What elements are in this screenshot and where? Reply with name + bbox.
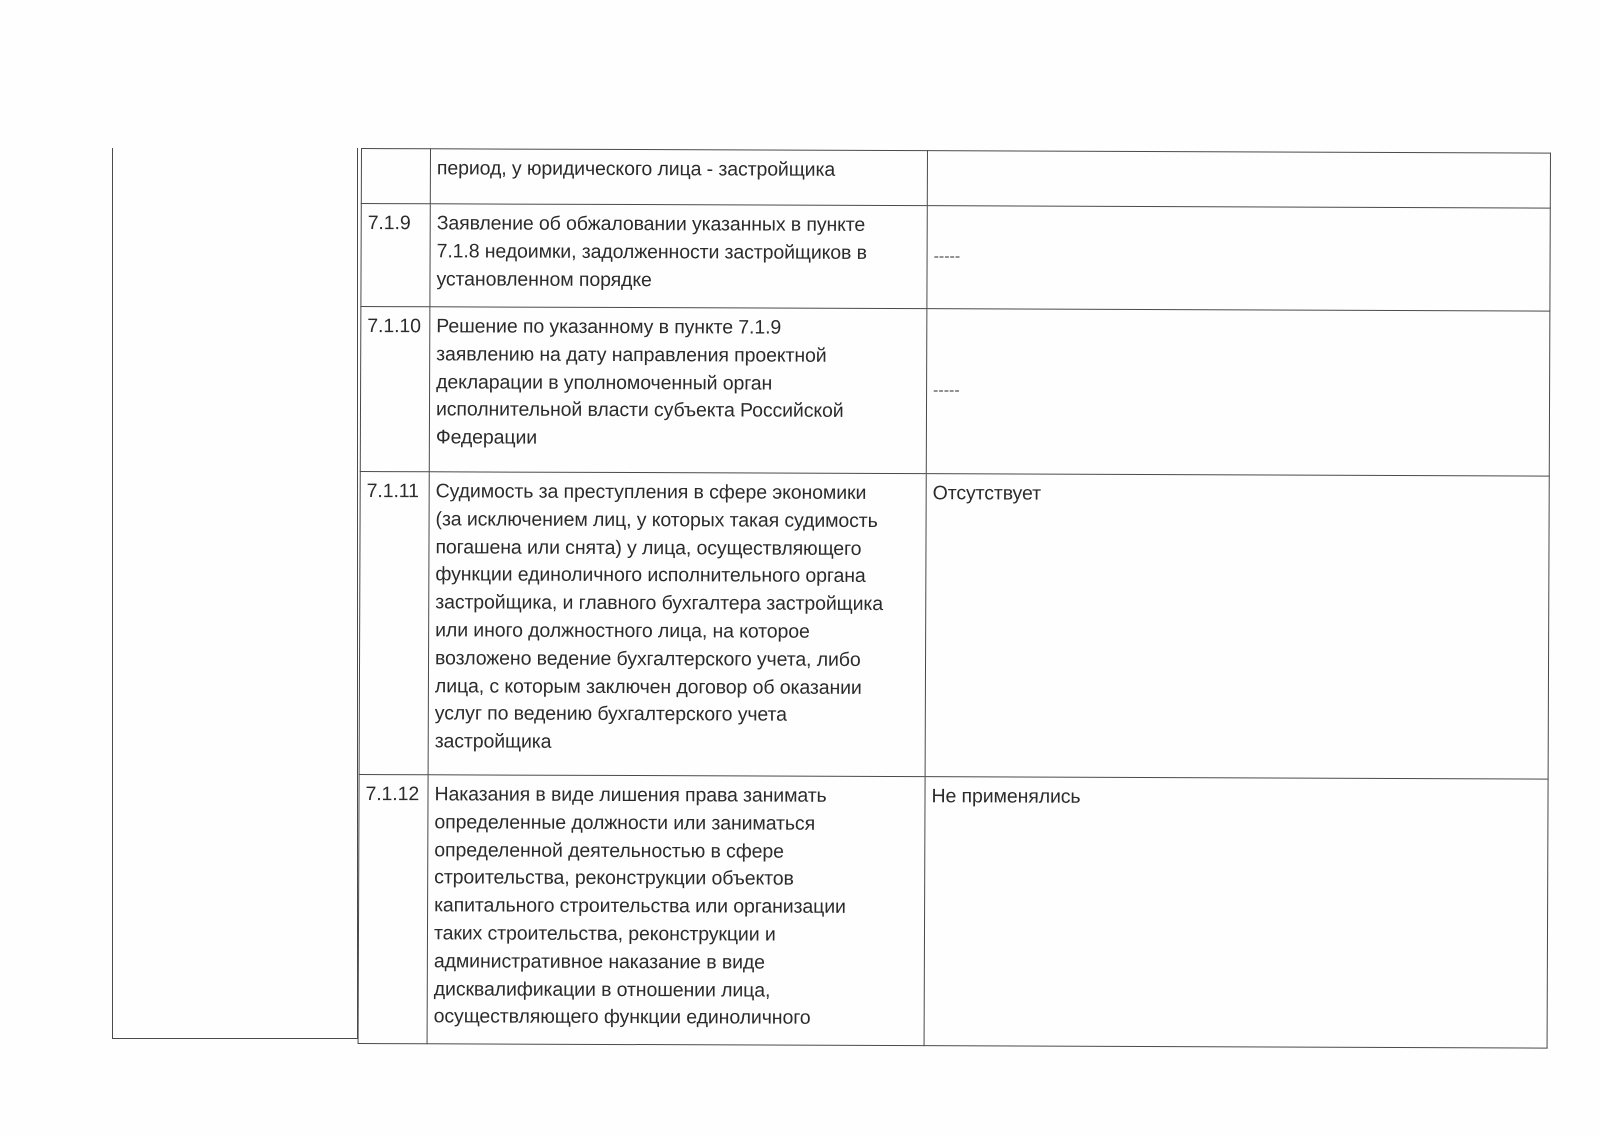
- description-line: Заявление об обжаловании указанных в пун…: [437, 210, 919, 240]
- description-line: таких строительства, реконструкции и: [434, 920, 916, 950]
- description-line: декларации в уполномоченный орган: [436, 369, 918, 399]
- description-line: Наказания в виде лишения права занимать: [434, 781, 916, 811]
- scanned-document-page: период, у юридического лица - застройщик…: [0, 0, 1600, 1135]
- description-line: возложено ведение бухгалтерского учета, …: [435, 645, 917, 675]
- description-line: или иного должностного лица, на которое: [435, 617, 917, 647]
- item-number-cell: 7.1.12: [358, 774, 428, 1043]
- description-line: строительства, реконструкции объектов: [434, 865, 916, 895]
- description-line: определенные должности или заниматься: [434, 809, 916, 839]
- description-line: административное наказание в виде: [434, 948, 916, 978]
- item-value-cell: [927, 151, 1550, 208]
- description-line: определенной деятельностью в сфере: [434, 837, 916, 867]
- item-number-cell: [361, 149, 430, 204]
- description-line: 7.1.8 недоимки, задолженности застройщик…: [437, 238, 919, 268]
- item-description: Наказания в виде лишения права заниматьо…: [434, 781, 917, 1033]
- table-row: 7.1.9 Заявление об обжаловании указанных…: [361, 204, 1550, 312]
- description-line: капитального строительства или организац…: [434, 892, 916, 922]
- item-value-cell: Отсутствует: [925, 474, 1549, 779]
- item-description-cell: Решение по указанному в пункте 7.1.9заяв…: [429, 307, 927, 474]
- description-line: осуществляющего функции единоличного: [434, 1004, 916, 1034]
- item-description-cell: Заявление об обжаловании указанных в пун…: [430, 204, 927, 309]
- item-value-cell: -----: [927, 206, 1550, 311]
- description-line: Решение по указанному в пункте 7.1.9: [436, 313, 918, 343]
- item-number: 7.1.11: [367, 480, 419, 502]
- item-description: Заявление об обжаловании указанных в пун…: [436, 210, 918, 295]
- description-line: лица, с которым заключен договор об оказ…: [435, 673, 917, 703]
- item-value: -----: [933, 377, 1541, 407]
- description-line: услуг по ведению бухгалтерского учета: [435, 701, 917, 731]
- item-number: 7.1.9: [368, 212, 411, 234]
- description-line: Федерации: [436, 424, 918, 454]
- item-description: Решение по указанному в пункте 7.1.9заяв…: [436, 313, 919, 454]
- table-row: 7.1.12 Наказания в виде лишения права за…: [358, 774, 1548, 1048]
- item-number: 7.1.12: [365, 783, 419, 805]
- description-line: Судимость за преступления в сфере эконом…: [436, 478, 918, 508]
- item-value-cell: Не применялись: [924, 777, 1548, 1048]
- declaration-table: период, у юридического лица - застройщик…: [358, 148, 1551, 1049]
- item-value: Отсутствует: [933, 480, 1541, 510]
- description-line: период, у юридического лица - застройщик…: [437, 155, 919, 185]
- description-line: погашена или снята) у лица, осуществляющ…: [435, 534, 917, 564]
- item-number: 7.1.10: [367, 315, 421, 337]
- table-row: 7.1.10 Решение по указанному в пункте 7.…: [360, 307, 1550, 477]
- outer-table-left-border: [112, 148, 113, 1038]
- description-line: застройщика: [435, 728, 917, 758]
- description-line: застройщика, и главного бухгалтера застр…: [435, 589, 917, 619]
- item-description: период, у юридического лица - застройщик…: [437, 155, 919, 185]
- item-number-cell: 7.1.9: [361, 204, 430, 307]
- item-value: -----: [934, 243, 1542, 273]
- description-line: дисквалификации в отношении лица,: [434, 976, 916, 1006]
- item-number-cell: 7.1.10: [360, 307, 430, 472]
- item-number-cell: 7.1.11: [359, 471, 429, 774]
- item-value-cell: -----: [926, 309, 1550, 476]
- description-line: функции единоличного исполнительного орг…: [435, 562, 917, 592]
- description-line: заявлению на дату направления проектной: [436, 341, 918, 371]
- outer-table-bottom-border: [112, 1038, 358, 1039]
- item-description-cell: период, у юридического лица - застройщик…: [430, 149, 927, 206]
- table-row: 7.1.11 Судимость за преступления в сфере…: [359, 471, 1549, 779]
- description-line: исполнительной власти субъекта Российско…: [436, 397, 918, 427]
- table-row: период, у юридического лица - застройщик…: [361, 149, 1550, 209]
- item-value: Не применялись: [931, 783, 1539, 813]
- item-description-cell: Наказания в виде лишения права заниматьо…: [427, 775, 925, 1046]
- item-description-cell: Судимость за преступления в сфере эконом…: [428, 472, 926, 777]
- description-line: установленном порядке: [436, 266, 918, 296]
- item-value: [934, 157, 1542, 159]
- item-description: Судимость за преступления в сфере эконом…: [435, 478, 918, 758]
- description-line: (за исключением лиц, у которых такая суд…: [436, 506, 918, 536]
